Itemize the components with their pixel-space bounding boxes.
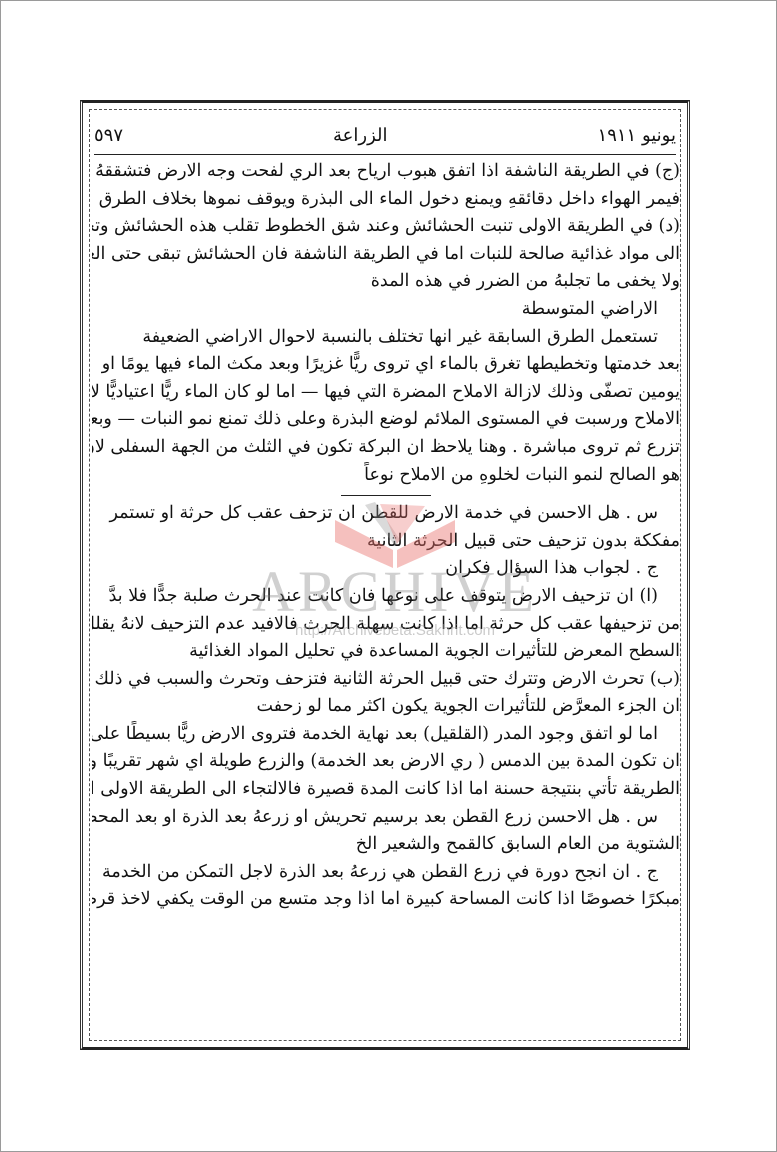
text-line: (د) في الطريقة الاولى تنبت الحشائش وعند … — [92, 213, 680, 241]
section-separator — [341, 495, 431, 496]
text-line: (ج) في الطريقة الناشفة اذا اتفق هبوب اري… — [92, 158, 680, 186]
text-line: بعد خدمتها وتخطيطها تغرق بالماء اي تروى … — [92, 351, 680, 379]
text-line: من تزحيفها عقب كل حرثة اما اذا كانت سهلة… — [92, 611, 680, 639]
text-line: (ا) ان تزحيف الارض يتوقف على نوعها فان ك… — [92, 583, 680, 611]
running-header: يونيو ١٩١١ الزراعة ٥٩٧ — [94, 122, 676, 148]
text-line: ان الجزء المعرَّض للتأثيرات الجوية يكون … — [92, 693, 680, 721]
text-line: ولا يخفى ما تجلبهُ من الضرر في هذه المدة — [92, 268, 680, 296]
text-line: الاملاح ورسبت في المستوى الملائم لوضع ال… — [92, 406, 680, 434]
text-line: مبكرًا خصوصًا اذا كانت المساحة كبيرة اما… — [92, 886, 680, 914]
question-line: س . هل الاحسن زرع القطن بعد برسيم تحريش … — [92, 804, 680, 832]
header-date: يونيو ١٩١١ — [598, 125, 676, 146]
header-rule — [94, 154, 676, 155]
text-line: ان تكون المدة بين الدمس ( ري الارض بعد ا… — [92, 748, 680, 776]
text-line: الى مواد غذائية صالحة للنبات اما في الطر… — [92, 241, 680, 269]
text-line: هو الصالح لنمو النبات لخلوهِ من الاملاح … — [92, 462, 680, 490]
text-line: السطح المعرض للتأثيرات الجوية المساعدة ف… — [92, 638, 680, 666]
question-line: س . هل الاحسن في خدمة الارض للقطن ان تزح… — [92, 500, 680, 528]
text-line: مفككة بدون تزحيف حتى قبيل الحرثة الثانية — [92, 528, 680, 556]
text-line: الطريقة تأتي بنتيجة حسنة اما اذا كانت ال… — [92, 776, 680, 804]
header-title: الزراعة — [333, 125, 388, 146]
text-line: (ب) تحرث الارض وتترك حتى قبيل الحرثة الث… — [92, 666, 680, 694]
page-number: ٥٩٧ — [94, 125, 123, 146]
text-line: يومين تصفّى وذلك لازالة الاملاح المضرة ا… — [92, 379, 680, 407]
answer-line: ج . ان انجح دورة في زرع القطن هي زرعهُ ب… — [92, 859, 680, 887]
section-heading: الاراضي المتوسطة — [92, 296, 680, 324]
text-line: تستعمل الطرق السابقة غير انها تختلف بالن… — [92, 324, 680, 352]
text-line: فيمر الهواء داخل دقائقهِ ويمنع دخول الما… — [92, 186, 680, 214]
text-line: الشتوية من العام السابق كالقمح والشعير ا… — [92, 831, 680, 859]
text-line: اما لو اتفق وجود المدر (القلقيل) بعد نها… — [92, 721, 680, 749]
text-line: تزرع ثم تروى مباشرة . وهنا يلاحظ ان البر… — [92, 434, 680, 462]
article-body: (ج) في الطريقة الناشفة اذا اتفق هبوب اري… — [92, 158, 680, 914]
answer-line: ج . لجواب هذا السؤال فكران — [92, 555, 680, 583]
